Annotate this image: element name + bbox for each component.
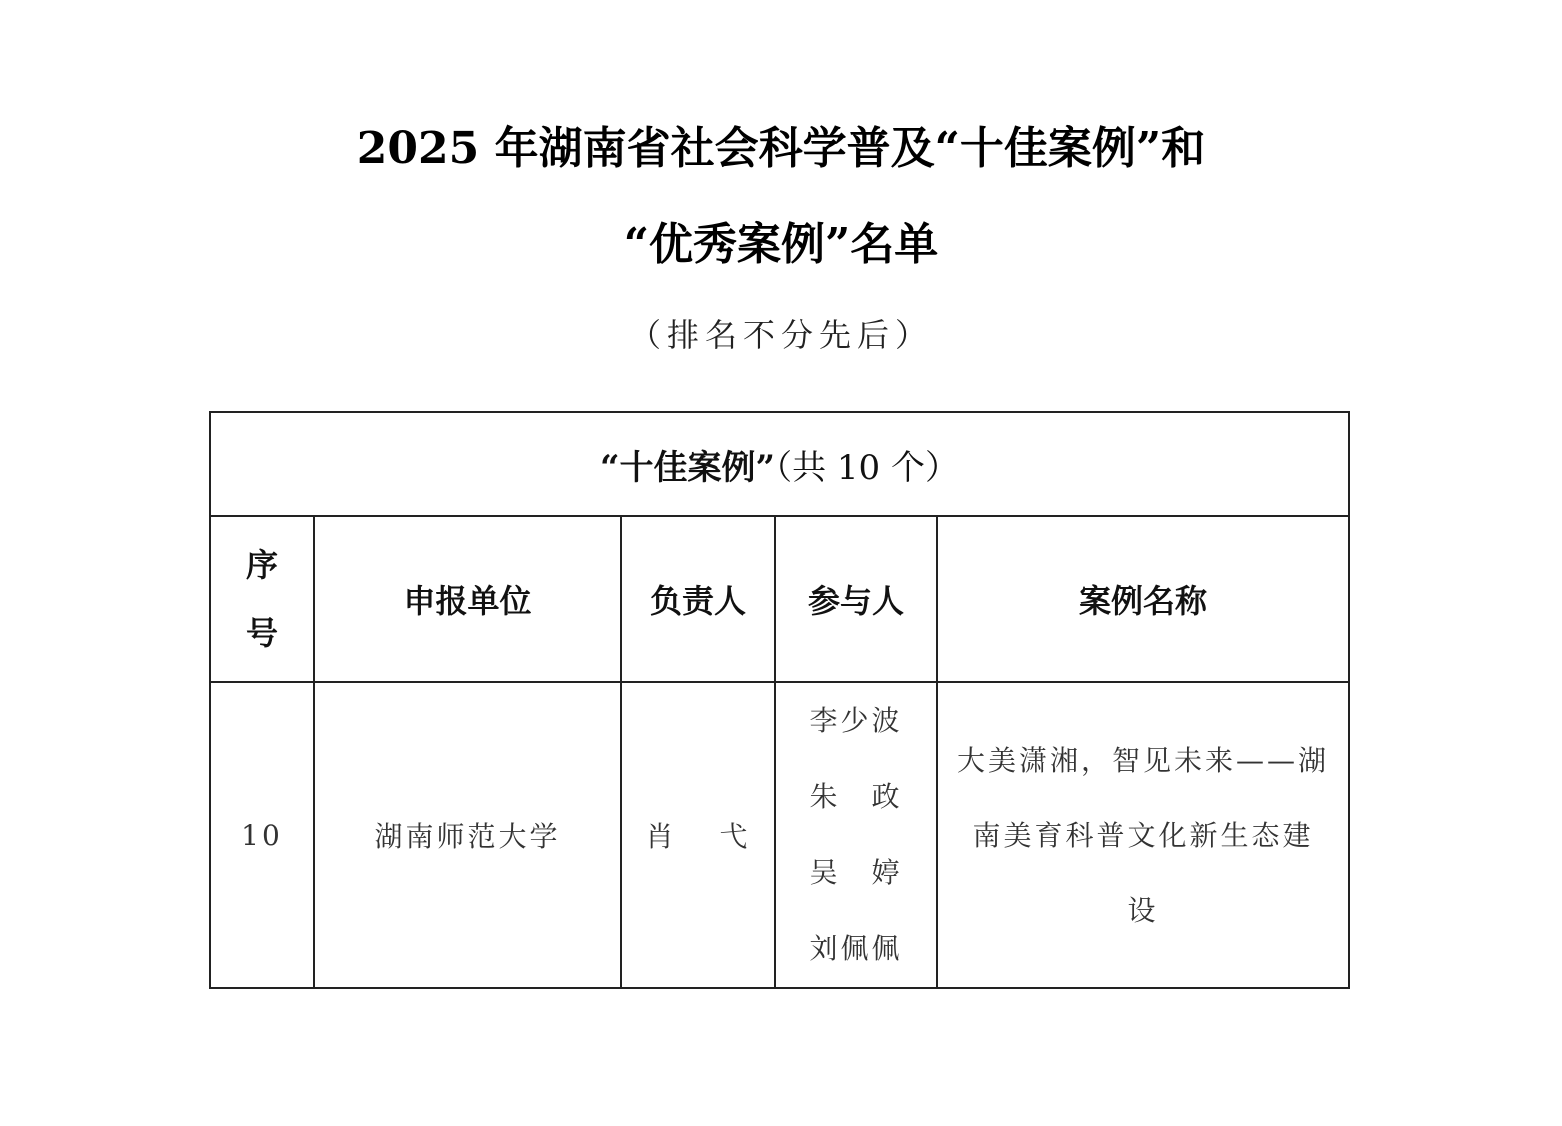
participant: 吴 婷	[776, 835, 936, 911]
header-unit: 申报单位	[314, 516, 621, 682]
document-subtitle: （排名不分先后）	[0, 310, 1562, 356]
cell-seq: 10	[210, 682, 314, 988]
caption-label: “十佳案例”	[600, 448, 775, 488]
header-participants: 参与人	[775, 516, 937, 682]
cell-case-name: 大美潇湘，智见未来——湖 南美育科普文化新生态建 设	[937, 682, 1349, 988]
participant: 朱 政	[776, 759, 936, 835]
table-caption: “十佳案例”（共 10 个）	[210, 412, 1349, 516]
case-name-line: 大美潇湘，智见未来——湖	[950, 723, 1336, 798]
header-case-name: 案例名称	[937, 516, 1349, 682]
case-name-line: 设	[950, 873, 1336, 948]
table-header-row: 序 号 申报单位 负责人 参与人 案例名称	[210, 516, 1349, 682]
header-seq-line-2: 号	[211, 599, 313, 667]
header-seq-line-1: 序	[211, 531, 313, 599]
document-title-line-2: “优秀案例”名单	[0, 208, 1562, 272]
cell-unit: 湖南师范大学	[314, 682, 621, 988]
header-seq: 序 号	[210, 516, 314, 682]
header-leader: 负责人	[621, 516, 775, 682]
caption-count: （共 10 个）	[775, 448, 959, 488]
cell-leader: 肖 弋	[621, 682, 775, 988]
cell-participants: 李少波 朱 政 吴 婷 刘佩佩	[775, 682, 937, 988]
table-caption-row: “十佳案例”（共 10 个）	[210, 412, 1349, 516]
document-title-line-1: 2025 年湖南省社会科学普及“十佳案例”和	[0, 112, 1562, 176]
top-ten-cases-table: “十佳案例”（共 10 个） 序 号 申报单位 负责人 参与人 案例名称 10 …	[209, 411, 1350, 989]
participant: 李少波	[776, 683, 936, 759]
case-name-line: 南美育科普文化新生态建	[950, 798, 1336, 873]
participant: 刘佩佩	[776, 911, 936, 987]
table-row: 10 湖南师范大学 肖 弋 李少波 朱 政 吴 婷 刘佩佩 大美潇湘，智见未来—…	[210, 682, 1349, 988]
